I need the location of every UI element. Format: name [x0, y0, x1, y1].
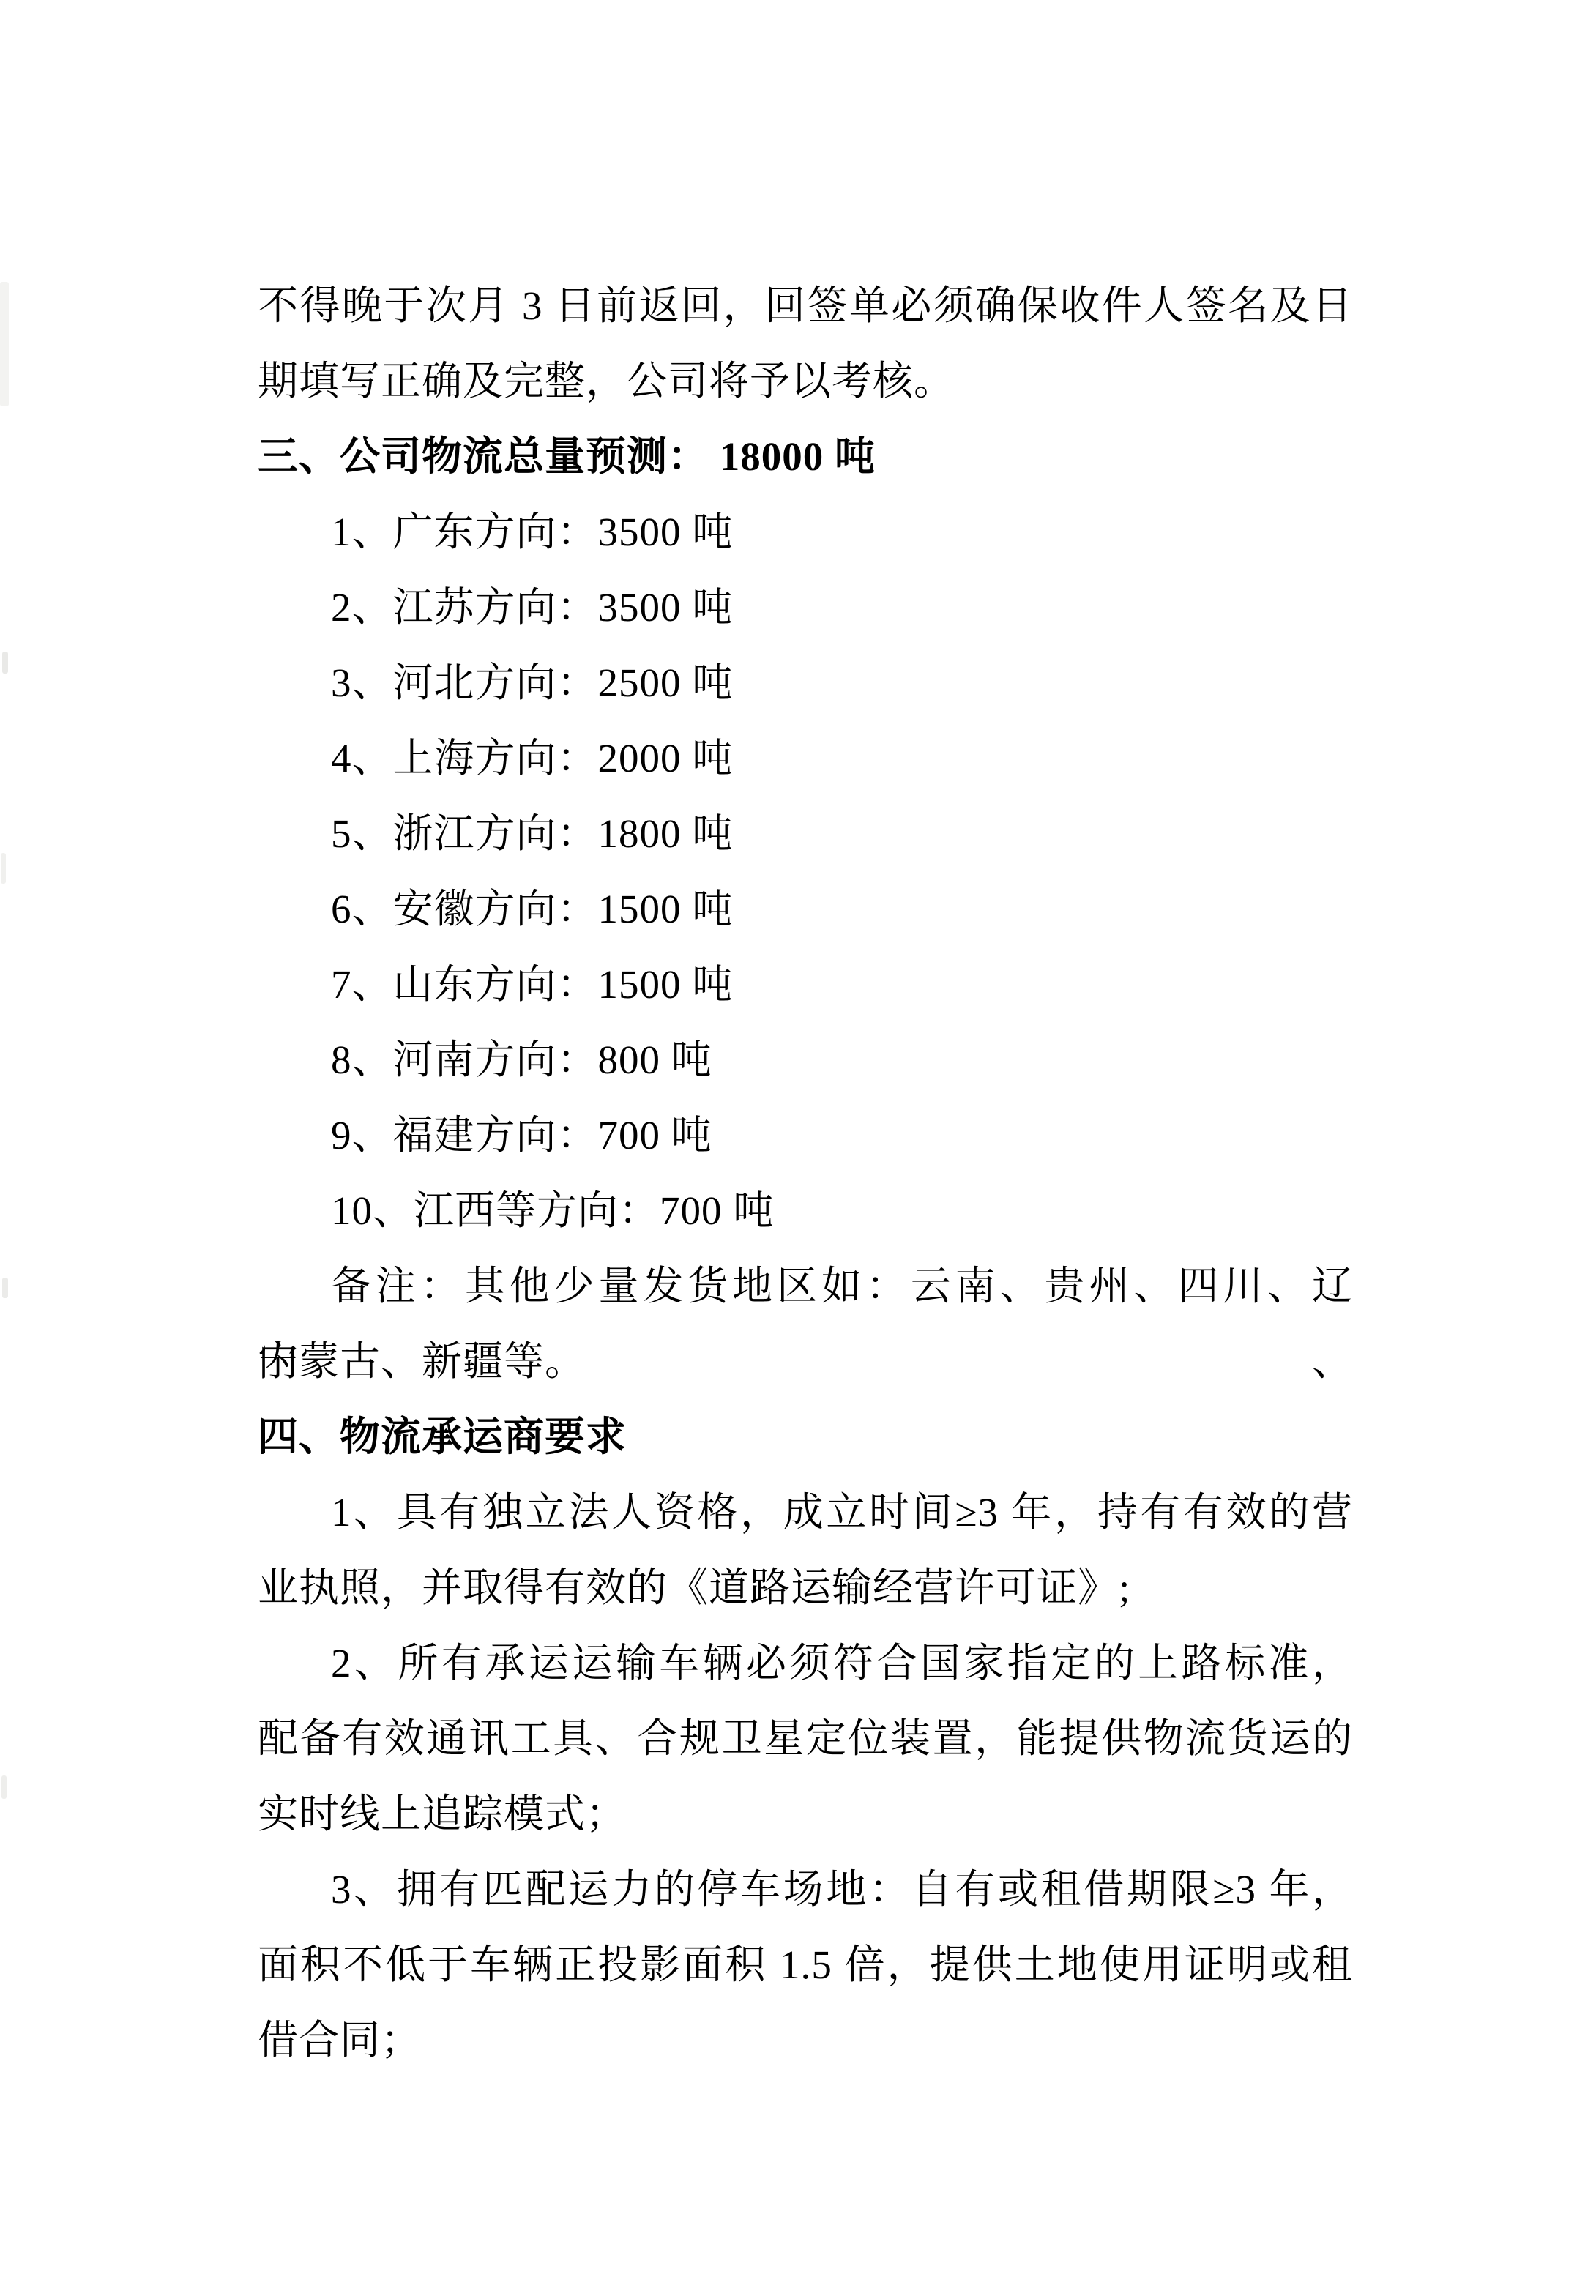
text-line: 备注：其他少量发货地区如：云南、贵州、四川、辽宁、 — [258, 1248, 1353, 1324]
text-line: 四、物流承运商要求 — [258, 1399, 1353, 1475]
text-line: 不得晚于次月 3 日前返回，回签单必须确保收件人签名及日 — [258, 268, 1353, 343]
text-line: 期填写正确及完整，公司将予以考核。 — [258, 343, 1353, 419]
document-text-block: 不得晚于次月 3 日前返回，回签单必须确保收件人签名及日期填写正确及完整，公司将… — [258, 268, 1353, 2078]
text-line: 三、公司物流总量预测： 18000 吨 — [258, 419, 1353, 494]
scan-artifact — [2, 1278, 8, 1298]
text-line: 3、河北方向：2500 吨 — [258, 645, 1353, 720]
document-page: 不得晚于次月 3 日前返回，回签单必须确保收件人签名及日期填写正确及完整，公司将… — [0, 0, 1596, 2296]
text-line: 面积不低于车辆正投影面积 1.5 倍，提供土地使用证明或租 — [258, 1927, 1353, 2002]
scan-artifact — [1, 853, 6, 884]
text-line: 7、山东方向：1500 吨 — [258, 947, 1353, 1022]
text-line: 2、所有承运运输车辆必须符合国家指定的上路标准， — [258, 1625, 1353, 1701]
scan-artifact — [2, 652, 8, 674]
text-line: 2、江苏方向：3500 吨 — [258, 570, 1353, 645]
text-line: 实时线上追踪模式； — [258, 1776, 1353, 1852]
text-line: 10、江西等方向：700 吨 — [258, 1173, 1353, 1248]
text-line: 业执照，并取得有效的《道路运输经营许可证》; — [258, 1550, 1353, 1625]
text-line: 8、河南方向：800 吨 — [258, 1022, 1353, 1097]
text-line: 9、福建方向：700 吨 — [258, 1097, 1353, 1173]
text-line: 3、拥有匹配运力的停车场地：自有或租借期限≥3 年， — [258, 1852, 1353, 1927]
text-line: 4、上海方向：2000 吨 — [258, 720, 1353, 796]
text-line: 1、广东方向：3500 吨 — [258, 494, 1353, 570]
scan-artifact — [1, 1775, 7, 1799]
text-line: 借合同； — [258, 2002, 1353, 2078]
scan-artifact — [0, 282, 9, 406]
text-line: 1、具有独立法人资格，成立时间≥3 年，持有有效的营 — [258, 1475, 1353, 1550]
text-line: 6、安徽方向：1500 吨 — [258, 871, 1353, 947]
text-line: 配备有效通讯工具、合规卫星定位装置，能提供物流货运的 — [258, 1701, 1353, 1776]
text-line: 5、浙江方向：1800 吨 — [258, 796, 1353, 871]
